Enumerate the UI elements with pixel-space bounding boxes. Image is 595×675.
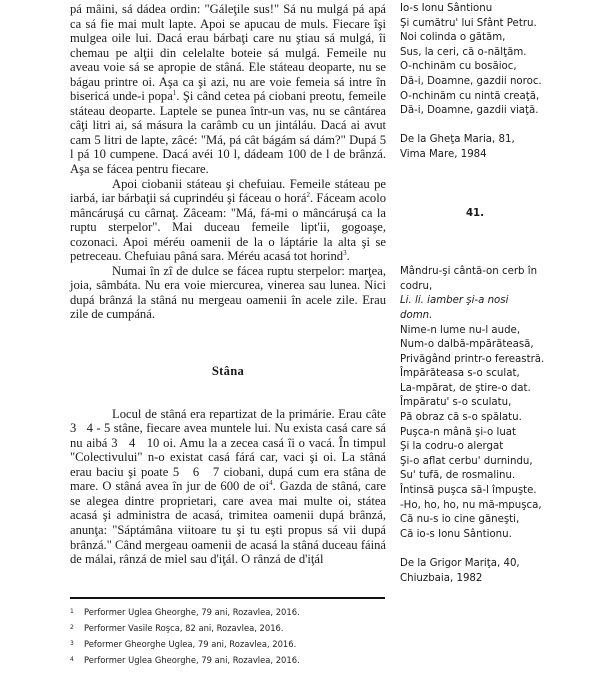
verse-line: Împăratu' s-o sculatu, bbox=[400, 396, 590, 411]
refrain-line: Li. li. iamber şi-a nosi domn. bbox=[400, 294, 540, 323]
paragraph-text: Numai în zî de dulce se fácea ruptu ster… bbox=[70, 264, 386, 322]
verse-line: Şi cumătru' lui Sfânt Petru. bbox=[400, 17, 590, 32]
verse-line: -Ho, ho, ho, nu mă-mpuşca, bbox=[400, 499, 590, 514]
footnote: 2Performer Vasile Roşca, 82 ani, Rozavle… bbox=[70, 620, 390, 636]
verse-line: Sus, la ceri, că o-nălţăm. bbox=[400, 46, 590, 61]
verse-line: Su' tufă, de rosmalinu. bbox=[400, 469, 590, 484]
footnote-mark: 4 bbox=[70, 652, 84, 668]
footnote-mark: 3 bbox=[70, 636, 84, 652]
source-line: Chiuzbaia, 1982 bbox=[400, 572, 590, 587]
source-attribution: De la Gheţa Maria, 81, Vima Mare, 1984 bbox=[400, 133, 590, 162]
source-attribution: De la Grigor Mariţa, 40, Chiuzbaia, 1982 bbox=[400, 557, 590, 586]
verse-line: Nime-n lume nu-l aude, bbox=[400, 324, 590, 339]
footnote-text: Performer Uglea Gheorghe, 79 ani, Rozavl… bbox=[84, 604, 300, 620]
verse-line: Noi colinda o gătăm, bbox=[400, 31, 590, 46]
paragraph-text: . bbox=[347, 249, 350, 263]
footnote-divider bbox=[70, 597, 385, 599]
paragraph-milking: pá mâini, sá dádea ordin: "Gáleţile sus!… bbox=[70, 2, 386, 177]
right-column: Io-s Ionu Sântionu Şi cumătru' lui Sfânt… bbox=[400, 2, 590, 586]
footnote-text: Performer Vasile Roşca, 82 ani, Rozavlea… bbox=[84, 620, 284, 636]
footnote-text: Peformer Gheorghe Uglea, 79 ani, Rozavle… bbox=[84, 636, 296, 652]
verse-line: Dă-i, Doamne, gazdii viaţă. bbox=[400, 104, 590, 119]
verse-line: Că nu-s io cine găneşti, bbox=[400, 513, 590, 528]
footnote: 3Peformer Gheorghe Uglea, 79 ani, Rozavl… bbox=[70, 636, 390, 652]
verse-line: Puşca-n mână şi-o luat bbox=[400, 426, 590, 441]
verse-line: Num-o dalbă-mpărăteasă, bbox=[400, 338, 590, 353]
verse-line: O-nchinăm cu bosăioc, bbox=[400, 60, 590, 75]
verse-line: Mândru-şi cântă-on cerb în codru, bbox=[400, 265, 550, 294]
verse-line: Întinsă puşca să-l împuşte. bbox=[400, 484, 590, 499]
verse-line: Io-s Ionu Sântionu bbox=[400, 2, 590, 17]
song-number: 41. bbox=[400, 207, 590, 222]
song-ending: Io-s Ionu Sântionu Şi cumătru' lui Sfânt… bbox=[400, 2, 590, 119]
footnote-mark: 2 bbox=[70, 620, 84, 636]
section-title: Stâna bbox=[70, 364, 386, 379]
verse-line: Împărăteasa s-o sculat, bbox=[400, 367, 590, 382]
verse-line: Şi-o aflat cerbu' durnindu, bbox=[400, 455, 590, 470]
source-line: De la Gheţa Maria, 81, bbox=[400, 133, 590, 148]
verse-line: Privăgând printr-o fereastră. bbox=[400, 353, 590, 368]
paragraph-celebration: Apoi ciobanii státeau şi chefuiau. Femei… bbox=[70, 177, 386, 264]
song-41: Mândru-şi cântă-on cerb în codru, Li. li… bbox=[400, 265, 590, 542]
footnote-text: Performer Uglea Gheorghe, 79 ani, Rozavl… bbox=[84, 652, 300, 668]
verse-line: Că io-s Ionu Sântionu. bbox=[400, 528, 590, 543]
footnote: 1Performer Uglea Gheorghe, 79 ani, Rozav… bbox=[70, 604, 390, 620]
footnote-mark: 1 bbox=[70, 604, 84, 620]
verse-line: O-nchinăm cu nintă creaţă, bbox=[400, 90, 590, 105]
verse-line: Şi la codru-o alergat bbox=[400, 440, 590, 455]
verse-line: La-mpărat, de ştire-o dat. bbox=[400, 382, 590, 397]
footnote: 4Performer Uglea Gheorghe, 79 ani, Rozav… bbox=[70, 652, 390, 668]
source-line: Vima Mare, 1984 bbox=[400, 148, 590, 163]
verse-line: Pă obraz că s-o spălatu. bbox=[400, 411, 590, 426]
left-column: pá mâini, sá dádea ordin: "Gáleţile sus!… bbox=[70, 2, 386, 567]
verse-line: Dă-i, Doamne, gazdii noroc. bbox=[400, 75, 590, 90]
source-line: De la Grigor Mariţa, 40, bbox=[400, 557, 590, 572]
paragraph-text: pá mâini, sá dádea ordin: "Gáleţile sus!… bbox=[70, 2, 386, 103]
footnotes: 1Performer Uglea Gheorghe, 79 ani, Rozav… bbox=[70, 604, 390, 668]
paragraph-stana: Locul de stâná era repartizat de la prim… bbox=[70, 407, 386, 567]
paragraph-days: Numai în zî de dulce se fácea ruptu ster… bbox=[70, 264, 386, 322]
